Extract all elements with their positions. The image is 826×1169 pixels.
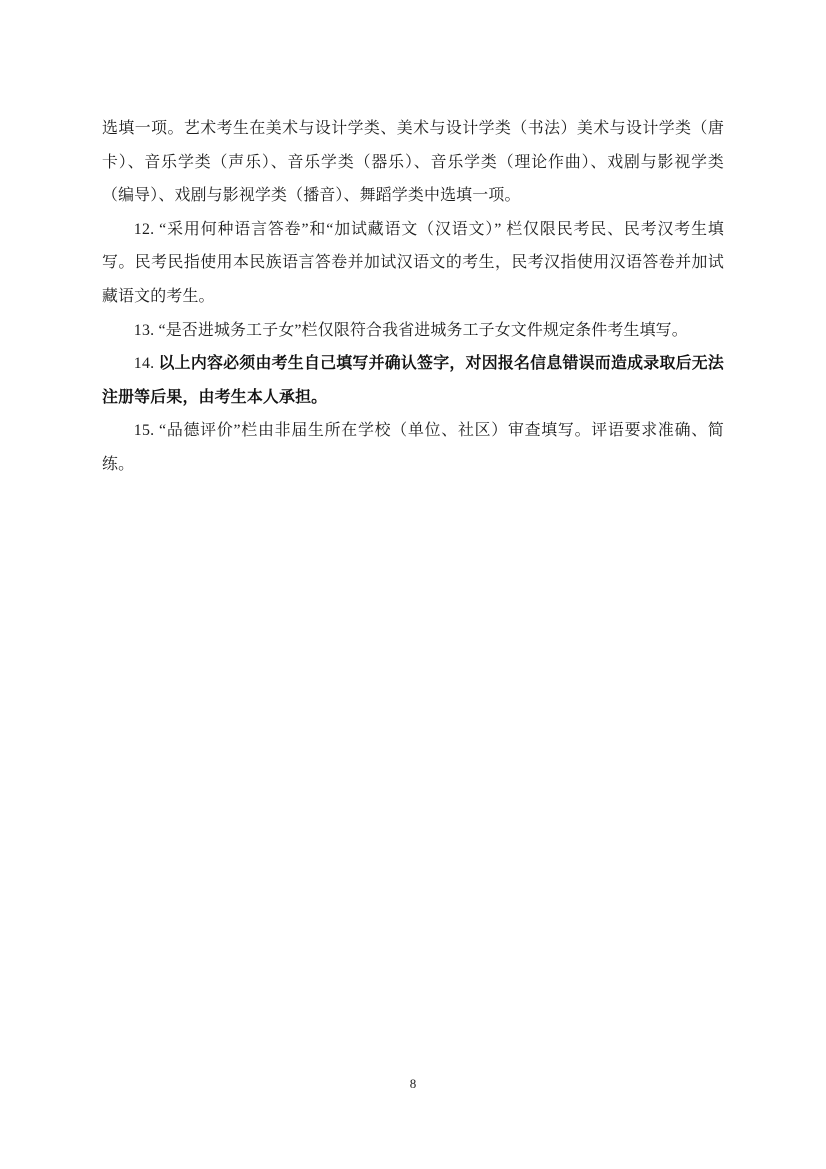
item-number: 15. [134,422,159,439]
document-page: 选填一项。艺术考生在美术与设计学类、美术与设计学类（书法）美术与设计学类（唐卡）… [0,0,826,1169]
paragraph-text: “是否进城务工子女”栏仅限符合我省进城务工子女文件规定条件考生填写。 [158,322,687,339]
item-number: 14. [134,355,159,372]
page-number: 8 [0,1076,826,1092]
paragraph-text: 选填一项。艺术考生在美术与设计学类、美术与设计学类（书法）美术与设计学类（唐卡）… [102,120,724,204]
paragraph-15: 15. “品德评价”栏由非届生所在学校（单位、社区）审查填写。评语要求准确、简练… [102,414,724,481]
item-number: 12. [134,221,159,238]
paragraph-12: 12. “采用何种语言答卷”和“加试藏语文（汉语文）” 栏仅限民考民、民考汉考生… [102,213,724,314]
paragraph-14: 14. 以上内容必须由考生自己填写并确认签字，对因报名信息错误而造成录取后无法注… [102,347,724,414]
paragraph-text: “采用何种语言答卷”和“加试藏语文（汉语文）” 栏仅限民考民、民考汉考生填写。民… [102,221,724,305]
paragraph-text: “品德评价”栏由非届生所在学校（单位、社区）审查填写。评语要求准确、简练。 [102,422,724,473]
paragraph-11-continuation: 选填一项。艺术考生在美术与设计学类、美术与设计学类（书法）美术与设计学类（唐卡）… [102,112,724,213]
item-number: 13. [134,322,159,339]
text-block: 选填一项。艺术考生在美术与设计学类、美术与设计学类（书法）美术与设计学类（唐卡）… [102,112,724,482]
paragraph-13: 13. “是否进城务工子女”栏仅限符合我省进城务工子女文件规定条件考生填写。 [102,314,724,348]
paragraph-text-bold: 以上内容必须由考生自己填写并确认签字，对因报名信息错误而造成录取后无法注册等后果… [102,355,724,406]
